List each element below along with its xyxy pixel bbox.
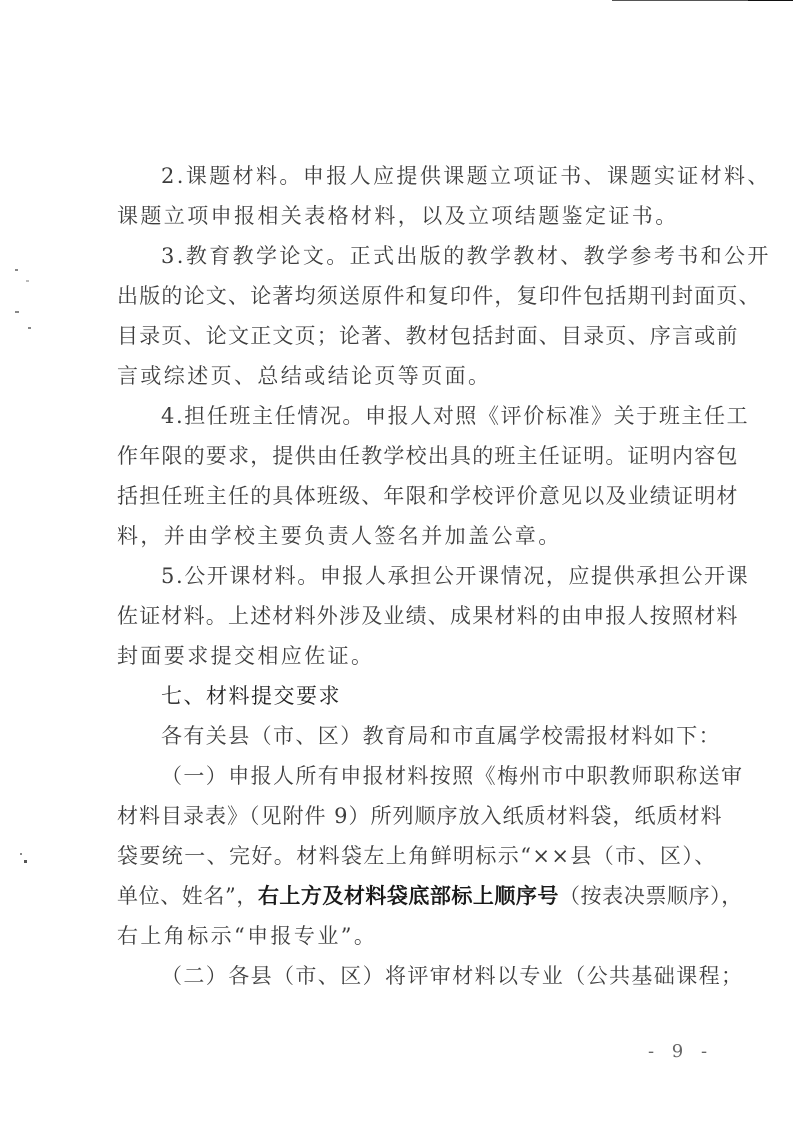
paragraph-line: 袋要统一、完好。材料袋左上角鲜明标示“××县（市、区）、 bbox=[117, 836, 703, 876]
paragraph-line: 封面要求提交相应佐证。 bbox=[117, 636, 703, 676]
paragraph-line: 言或综述页、总结或结论页等页面。 bbox=[117, 356, 703, 396]
text-segment: （按表决票顺序）， bbox=[559, 884, 743, 908]
scan-speck bbox=[28, 327, 31, 329]
scan-speck bbox=[15, 269, 18, 271]
paragraph-line: 3.教育教学论文。正式出版的教学教材、教学参考书和公开 bbox=[117, 236, 703, 276]
paragraph-line: 目录页、论文正文页；论著、教材包括封面、目录页、序言或前 bbox=[117, 316, 703, 356]
paragraph-line: 各有关县（市、区）教育局和市直属学校需报材料如下： bbox=[117, 716, 703, 756]
scan-speck bbox=[26, 280, 29, 282]
page-number: - 9 - bbox=[648, 1041, 713, 1062]
bold-emphasis-text: 右上方及材料袋底部标上顺序号 bbox=[258, 884, 559, 908]
scan-speck bbox=[15, 311, 19, 313]
paragraph-line: 作年限的要求，提供由任教学校出具的班主任证明。证明内容包 bbox=[117, 436, 703, 476]
paragraph-line: 材料目录表》（见附件 9）所列顺序放入纸质材料袋，纸质材料 bbox=[117, 796, 703, 836]
paragraph-line: （二）各县（市、区）将评审材料以专业（公共基础课程； bbox=[117, 956, 703, 996]
paragraph-line: 料，并由学校主要负责人签名并加盖公章。 bbox=[117, 516, 703, 556]
scan-speck bbox=[24, 860, 27, 863]
paragraph-line: 出版的论文、论著均须送原件和复印件，复印件包括期刊封面页、 bbox=[117, 276, 703, 316]
paragraph-line: 2.课题材料。申报人应提供课题立项证书、课题实证材料、 bbox=[117, 156, 703, 196]
paragraph-line: 佐证材料。上述材料外涉及业绩、成果材料的由申报人按照材料 bbox=[117, 596, 703, 636]
paragraph-line: 4.担任班主任情况。申报人对照《评价标准》关于班主任工 bbox=[117, 396, 703, 436]
scan-top-edge-line-dark bbox=[748, 0, 793, 1]
text-segment: 单位、姓名”， bbox=[117, 884, 258, 908]
document-body: 2.课题材料。申报人应提供课题立项证书、课题实证材料、 课题立项申报相关表格材料… bbox=[117, 156, 703, 996]
paragraph-line: 5.公开课材料。申报人承担公开课情况，应提供承担公开课 bbox=[117, 556, 703, 596]
paragraph-line: 课题立项申报相关表格材料，以及立项结题鉴定证书。 bbox=[117, 196, 703, 236]
paragraph-line: 右上角标示“申报专业”。 bbox=[117, 916, 703, 956]
paragraph-line-mixed: 单位、姓名”，右上方及材料袋底部标上顺序号（按表决票顺序）， bbox=[117, 876, 703, 916]
scan-speck bbox=[20, 853, 22, 855]
paragraph-line: 括担任班主任的具体班级、年限和学校评价意见以及业绩证明材 bbox=[117, 476, 703, 516]
section-heading: 七、材料提交要求 bbox=[117, 676, 703, 716]
paragraph-line: （一）申报人所有申报材料按照《梅州市中职教师职称送审 bbox=[117, 756, 703, 796]
